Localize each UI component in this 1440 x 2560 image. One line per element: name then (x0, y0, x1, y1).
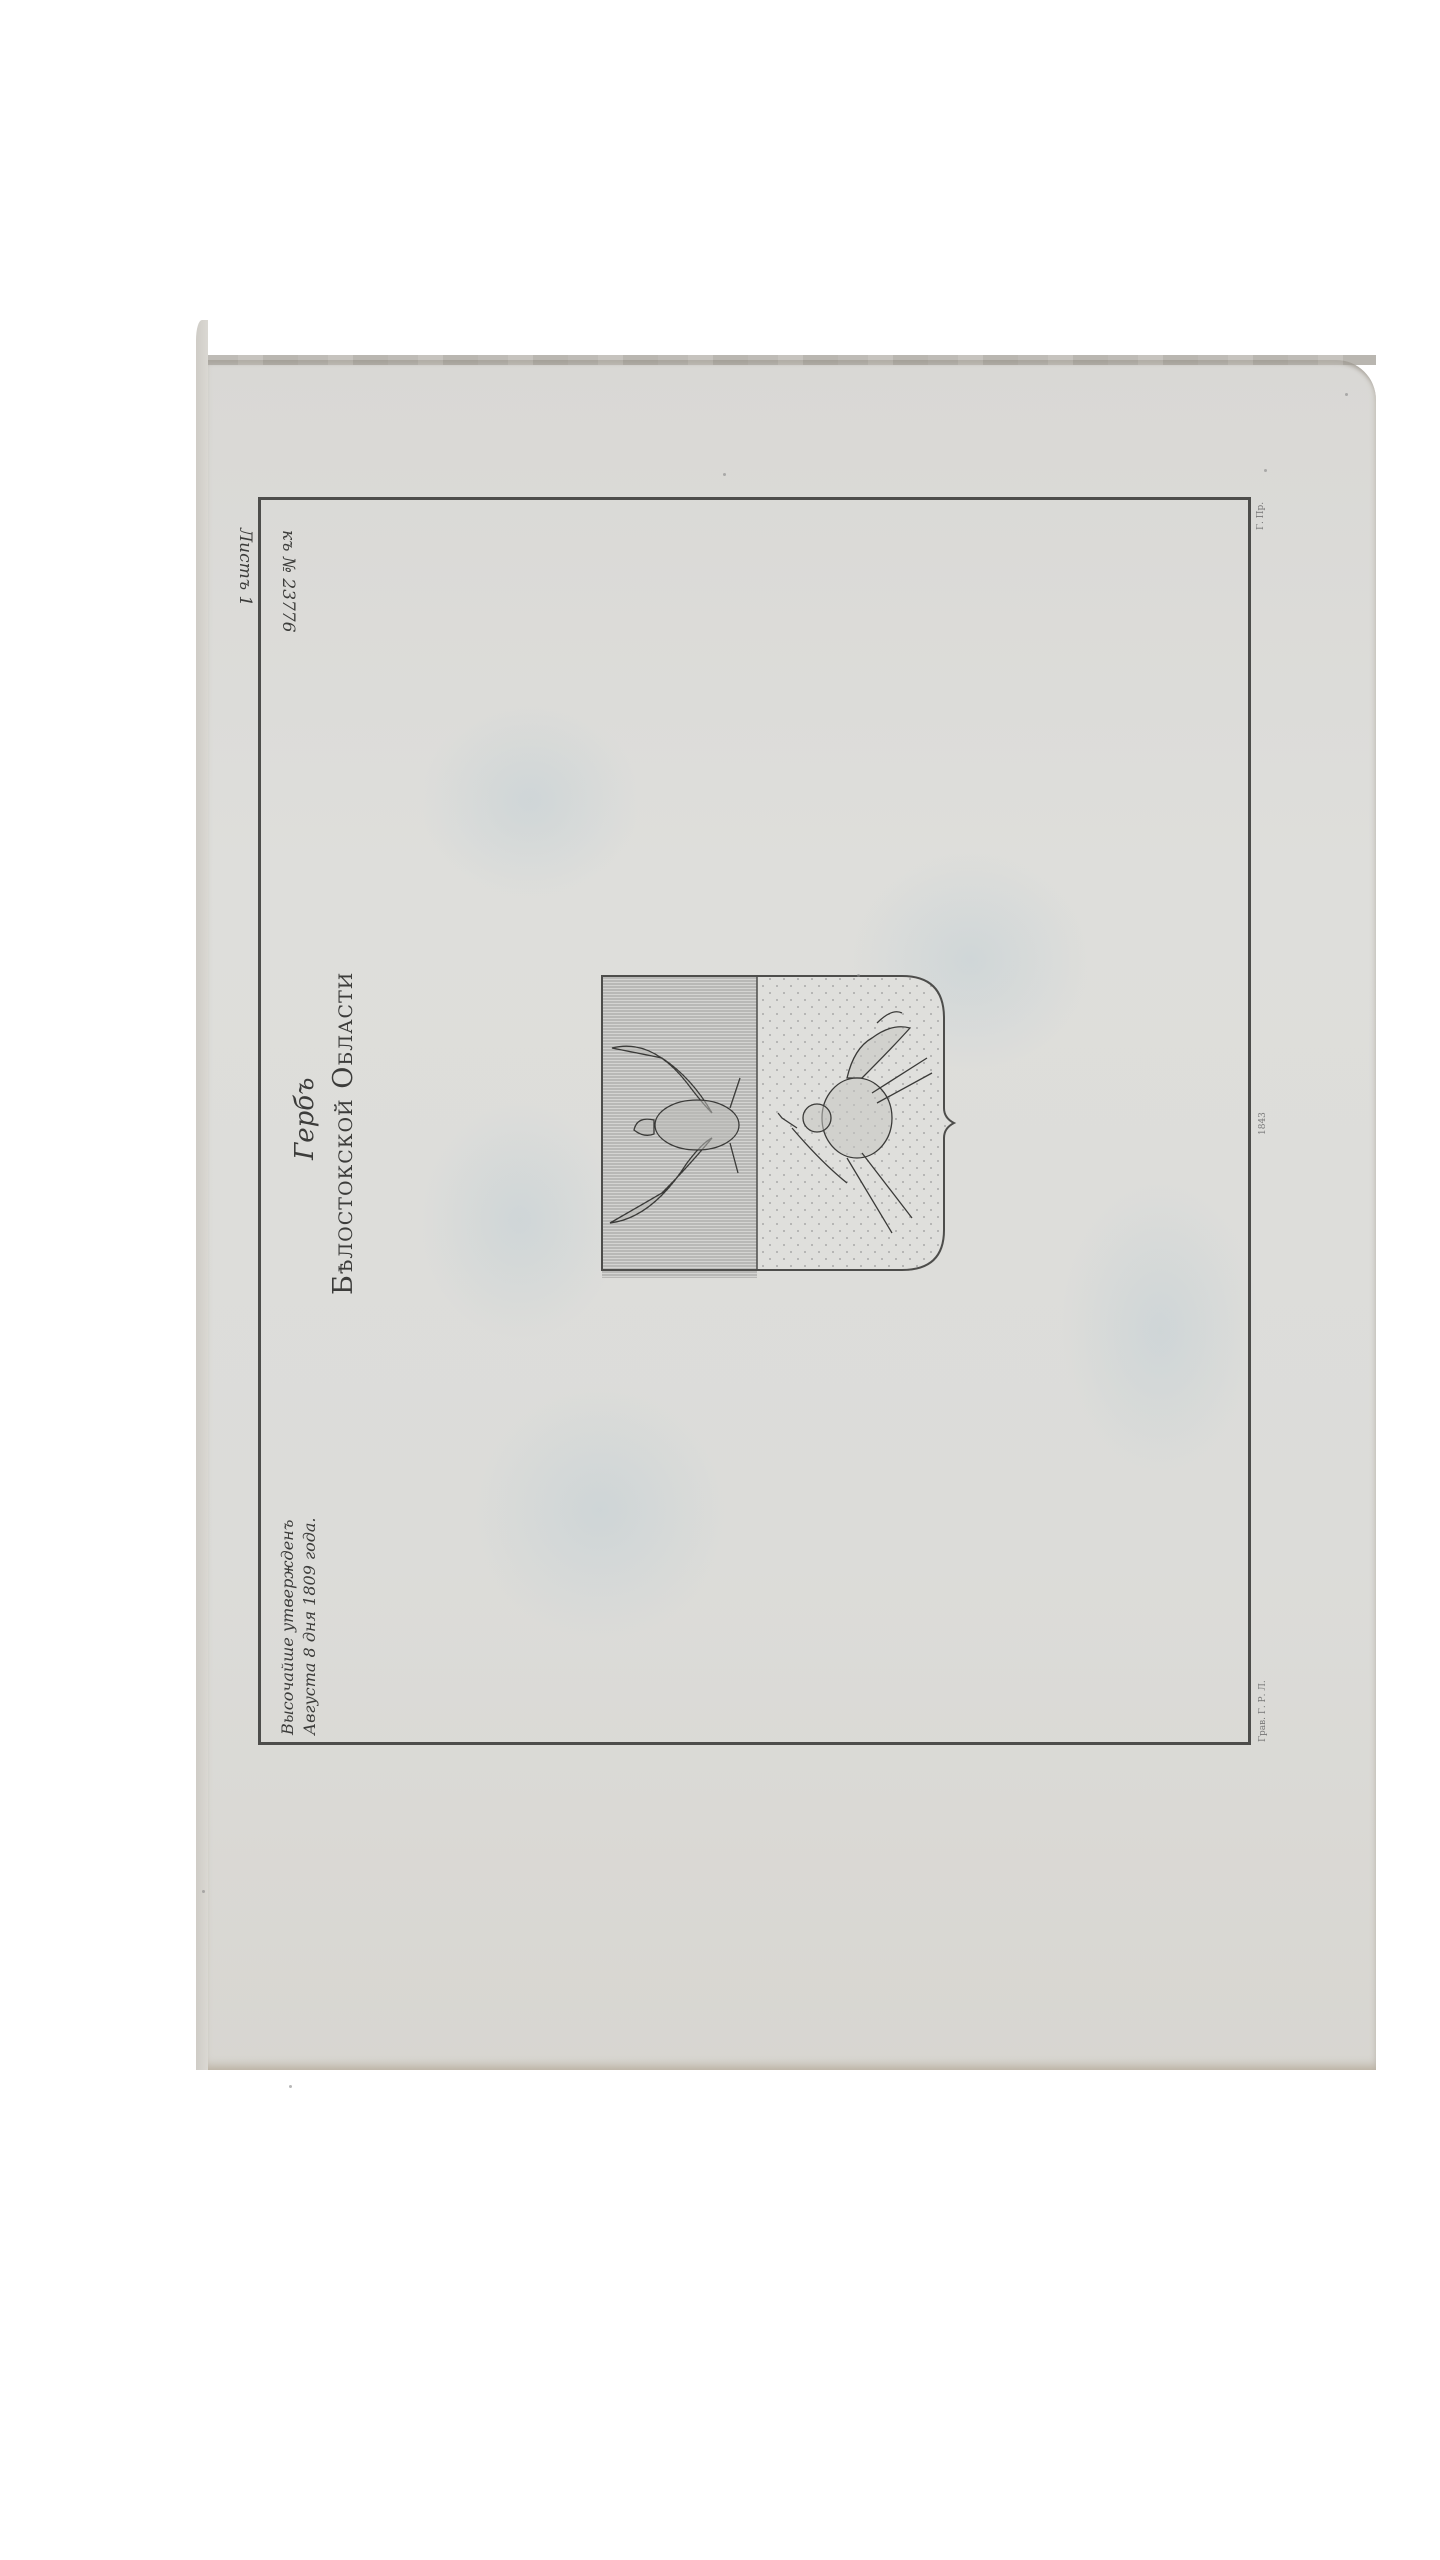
approval-line-2: Августа 8 дня 1809 года. (300, 1518, 319, 1735)
sheet-label: Листъ 1 (235, 528, 255, 606)
page-title: Бѣлостокской Области (328, 972, 359, 1295)
torn-top-edge (208, 355, 1376, 365)
paper-speck (1345, 393, 1348, 396)
paper-speck (202, 1890, 205, 1893)
book-spine-edge (196, 320, 208, 2070)
paper-speck (289, 2085, 292, 2088)
paper-speck (857, 974, 860, 977)
engraver-mark-bottom: Грав. Г. Р. Л. (1258, 1680, 1268, 1742)
coat-of-arms-shield (592, 968, 962, 1278)
paper-speck (723, 473, 726, 476)
title-prefix: Гербъ (290, 1078, 320, 1160)
reference-number: къ № 23776 (278, 530, 298, 632)
engraver-mark-top: Г. Пр. (1256, 502, 1266, 530)
paper-speck (1264, 469, 1267, 472)
approval-line-1: Высочайше утвержденъ (278, 1520, 297, 1735)
plate-number: 1843 (1258, 1112, 1268, 1135)
